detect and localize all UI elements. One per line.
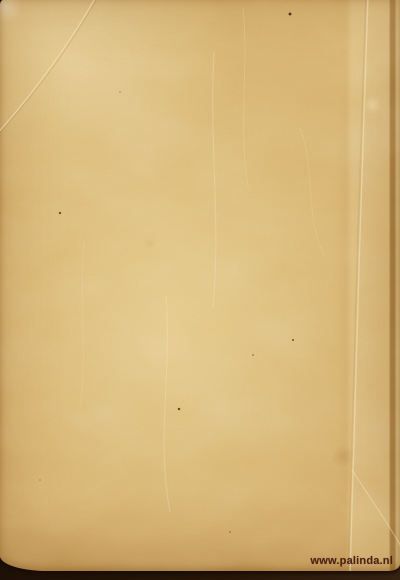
crease-line xyxy=(80,242,84,408)
mottle-layer xyxy=(0,0,400,571)
book-cover: www.palinda.nl xyxy=(0,0,400,571)
crease-line xyxy=(300,128,324,256)
fold-line-highlight xyxy=(350,0,368,571)
crease-line xyxy=(352,470,400,548)
fold-line xyxy=(348,0,366,571)
watermark-url: www.palinda.nl xyxy=(311,555,393,567)
crease-line xyxy=(213,52,216,308)
page-edges xyxy=(268,573,400,580)
crease-lines xyxy=(0,0,400,571)
crease-line xyxy=(0,0,99,136)
crease-line xyxy=(0,0,97,136)
stain-spots xyxy=(0,0,400,571)
grain-layer xyxy=(0,0,400,571)
crease-line xyxy=(243,8,248,186)
crease-line xyxy=(164,296,170,512)
scanned-book-photo: www.palinda.nl xyxy=(0,0,400,580)
paper-texture-overlay xyxy=(0,0,400,571)
